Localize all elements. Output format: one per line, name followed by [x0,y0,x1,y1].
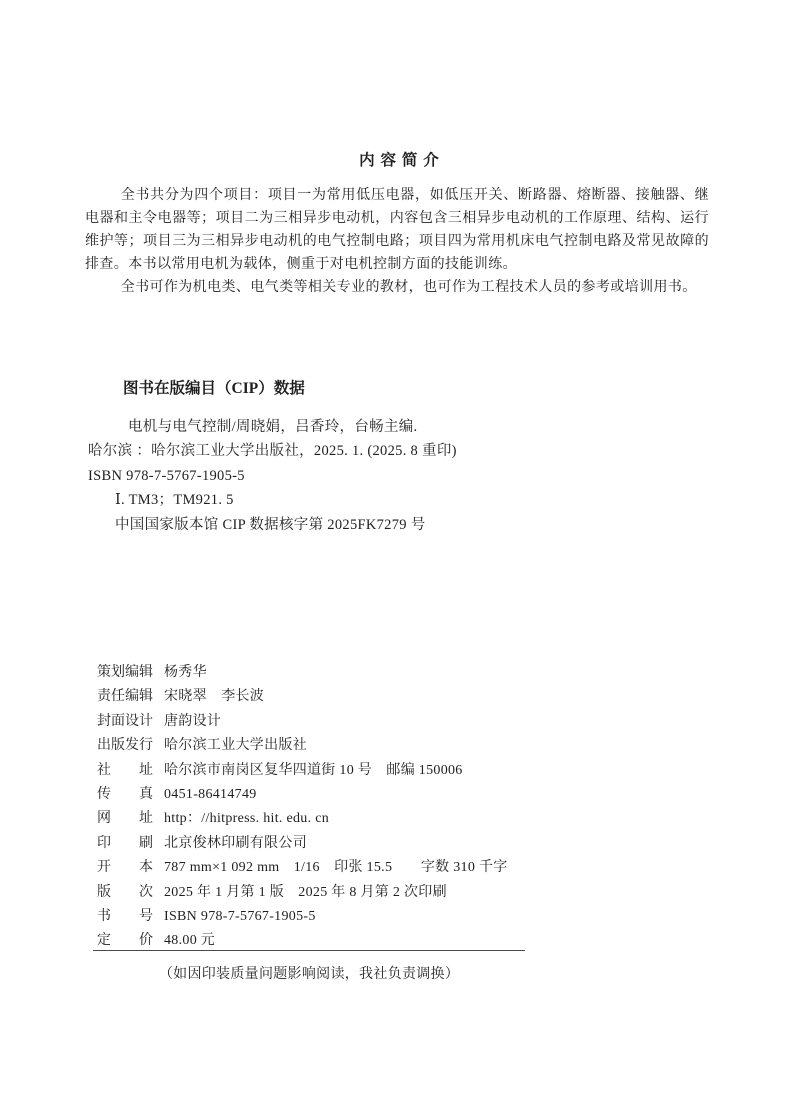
colophon-label: 传 真 [97,783,155,807]
colophon-label: 书 号 [97,905,155,929]
intro-paragraphs: 全书共分为四个项目：项目一为常用低压电器，如低压开关、断路器、熔断器、接触器、继… [85,184,709,299]
colophon-row-website: 网 址 http：//hitpress. hit. edu. cn [97,807,737,831]
cip-heading: 图书在版编目（CIP）数据 [123,376,305,398]
colophon-value: 哈尔滨工业大学出版社 [164,734,307,758]
colophon-value: 0451-86414749 [164,783,257,807]
cip-record-number-line: 中国国家版本馆 CIP 数据核字第 2025FK7279 号 [88,513,708,537]
colophon-label: 印 刷 [97,832,155,856]
colophon-value: 787 mm×1 092 mm 1/16 印张 15.5 字数 310 千字 [164,856,508,880]
cip-publisher-line: 哈尔滨 ：哈尔滨工业大学出版社，2025. 1. (2025. 8 重印) [88,439,708,463]
cip-isbn-line: ISBN 978-7-5767-1905-5 [88,464,708,488]
colophon-label: 出版发行 [97,734,155,758]
colophon-row-publisher: 出版发行 哈尔滨工业大学出版社 [97,734,737,758]
cip-block: 电机与电气控制/周晓娟，吕香玲，台畅主编. 哈尔滨 ：哈尔滨工业大学出版社，20… [88,415,708,537]
colophon-row-fax: 传 真 0451-86414749 [97,783,737,807]
colophon-label: 封面设计 [97,710,155,734]
colophon-value: 宋晓翠 李长波 [164,685,264,709]
colophon-label: 版 次 [97,881,155,905]
intro-paragraph-2: 全书可作为机电类、电气类等相关专业的教材，也可作为工程技术人员的参考或培训用书。 [85,276,709,299]
colophon-row-format: 开 本 787 mm×1 092 mm 1/16 印张 15.5 字数 310 … [97,856,737,880]
colophon: 策划编辑 杨秀华 责任编辑 宋晓翠 李长波 封面设计 唐韵设计 出版发行 哈尔滨… [97,661,737,954]
intro-paragraph-1: 全书共分为四个项目：项目一为常用低压电器，如低压开关、断路器、熔断器、接触器、继… [85,184,709,276]
colophon-label: 责任编辑 [97,685,155,709]
colophon-label: 开 本 [97,856,155,880]
book-copyright-page: 内 容 简 介 全书共分为四个项目：项目一为常用低压电器，如低压开关、断路器、熔… [0,0,799,1114]
colophon-value: 2025 年 1 月第 1 版 2025 年 8 月第 2 次印刷 [164,881,447,905]
colophon-row-address: 社 址 哈尔滨市南岗区复华四道街 10 号 邮编 150006 [97,759,737,783]
colophon-value: 唐韵设计 [164,710,221,734]
colophon-row-edition: 版 次 2025 年 1 月第 1 版 2025 年 8 月第 2 次印刷 [97,881,737,905]
colophon-label: 策划编辑 [97,661,155,685]
colophon-row-planning-editor: 策划编辑 杨秀华 [97,661,737,685]
colophon-row-cover-design: 封面设计 唐韵设计 [97,710,737,734]
intro-title: 内 容 简 介 [0,148,799,170]
colophon-value: 杨秀华 [164,661,207,685]
colophon-value: 北京俊林印刷有限公司 [164,832,307,856]
cip-title-statement: 电机与电气控制/周晓娟，吕香玲，台畅主编. [88,415,708,439]
colophon-row-responsible-editor: 责任编辑 宋晓翠 李长波 [97,685,737,709]
colophon-value: http：//hitpress. hit. edu. cn [164,807,329,831]
colophon-value: ISBN 978-7-5767-1905-5 [164,905,316,929]
footer-divider [93,950,525,951]
colophon-label: 社 址 [97,759,155,783]
reprint-notice: （如因印装质量问题影响阅读，我社负责调换） [93,963,525,983]
colophon-row-book-number: 书 号 ISBN 978-7-5767-1905-5 [97,905,737,929]
colophon-value: 哈尔滨市南岗区复华四道街 10 号 邮编 150006 [164,759,463,783]
colophon-row-printer: 印 刷 北京俊林印刷有限公司 [97,832,737,856]
colophon-label: 网 址 [97,807,155,831]
cip-classification-line: Ⅰ. TM3；TM921. 5 [88,488,708,512]
